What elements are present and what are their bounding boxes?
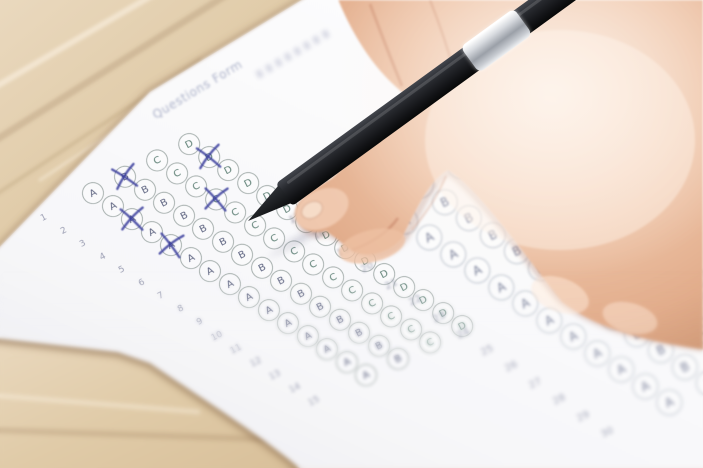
photo-scene: Questions Form 1ABCD2ABCD3ABCD4ABCD5ABCD… — [0, 0, 703, 468]
depth-of-field-blur — [0, 271, 703, 468]
